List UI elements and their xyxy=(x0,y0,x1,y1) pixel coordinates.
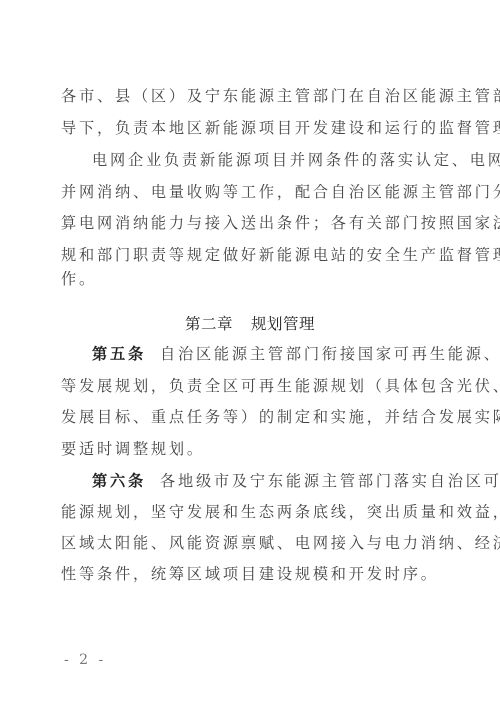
paragraph-line: 作。 xyxy=(61,269,441,289)
article-text: 各地级市及宁东能源主管部门落实自治区可再生 xyxy=(160,472,500,490)
paragraph-line: 规和部门职责等规定做好新能源电站的安全生产监督管理工 xyxy=(61,245,441,265)
paragraph-line: 电网企业负责新能源项目并网条件的落实认定、电网接入、 xyxy=(92,150,472,170)
page-number: - 2 - xyxy=(64,652,106,668)
paragraph-line: 导下，负责本地区新能源项目开发建设和运行的监督管理工作。 xyxy=(61,118,441,138)
paragraph-line: 各市、县（区）及宁东能源主管部门在自治区能源主管部门指 xyxy=(61,86,441,106)
paragraph-line: 能源规划，坚守发展和生态两条底线，突出质量和效益，根据 xyxy=(61,502,441,522)
paragraph-line: 发展目标、重点任务等）的制定和实施，并结合发展实际与需 xyxy=(61,407,441,427)
article-line: 第五条自治区能源主管部门衔接国家可再生能源、电力 xyxy=(92,344,472,364)
article-text: 自治区能源主管部门衔接国家可再生能源、电力 xyxy=(160,345,500,363)
chapter-title: 规划管理 xyxy=(251,315,315,333)
article-label: 第五条 xyxy=(92,345,146,363)
article-label: 第六条 xyxy=(92,472,146,490)
chapter-number: 第二章 xyxy=(185,315,233,333)
paragraph-line: 等发展规划，负责全区可再生能源规划（具体包含光伏、风电 xyxy=(61,376,441,396)
paragraph-line: 算电网消纳能力与接入送出条件；各有关部门按照国家法律法 xyxy=(61,213,441,233)
document-page: 各市、县（区）及宁东能源主管部门在自治区能源主管部门指 导下，负责本地区新能源项… xyxy=(0,0,500,706)
paragraph-line: 并网消纳、电量收购等工作，配合自治区能源主管部门分析测 xyxy=(61,182,441,202)
article-line: 第六条各地级市及宁东能源主管部门落实自治区可再生 xyxy=(92,471,472,491)
paragraph-line: 区域太阳能、风能资源禀赋、电网接入与电力消纳、经济可行 xyxy=(61,533,441,553)
paragraph-line: 性等条件，统筹区域项目建设规模和开发时序。 xyxy=(61,564,441,584)
chapter-heading: 第二章规划管理 xyxy=(0,312,500,334)
paragraph-line: 要适时调整规划。 xyxy=(61,439,441,459)
